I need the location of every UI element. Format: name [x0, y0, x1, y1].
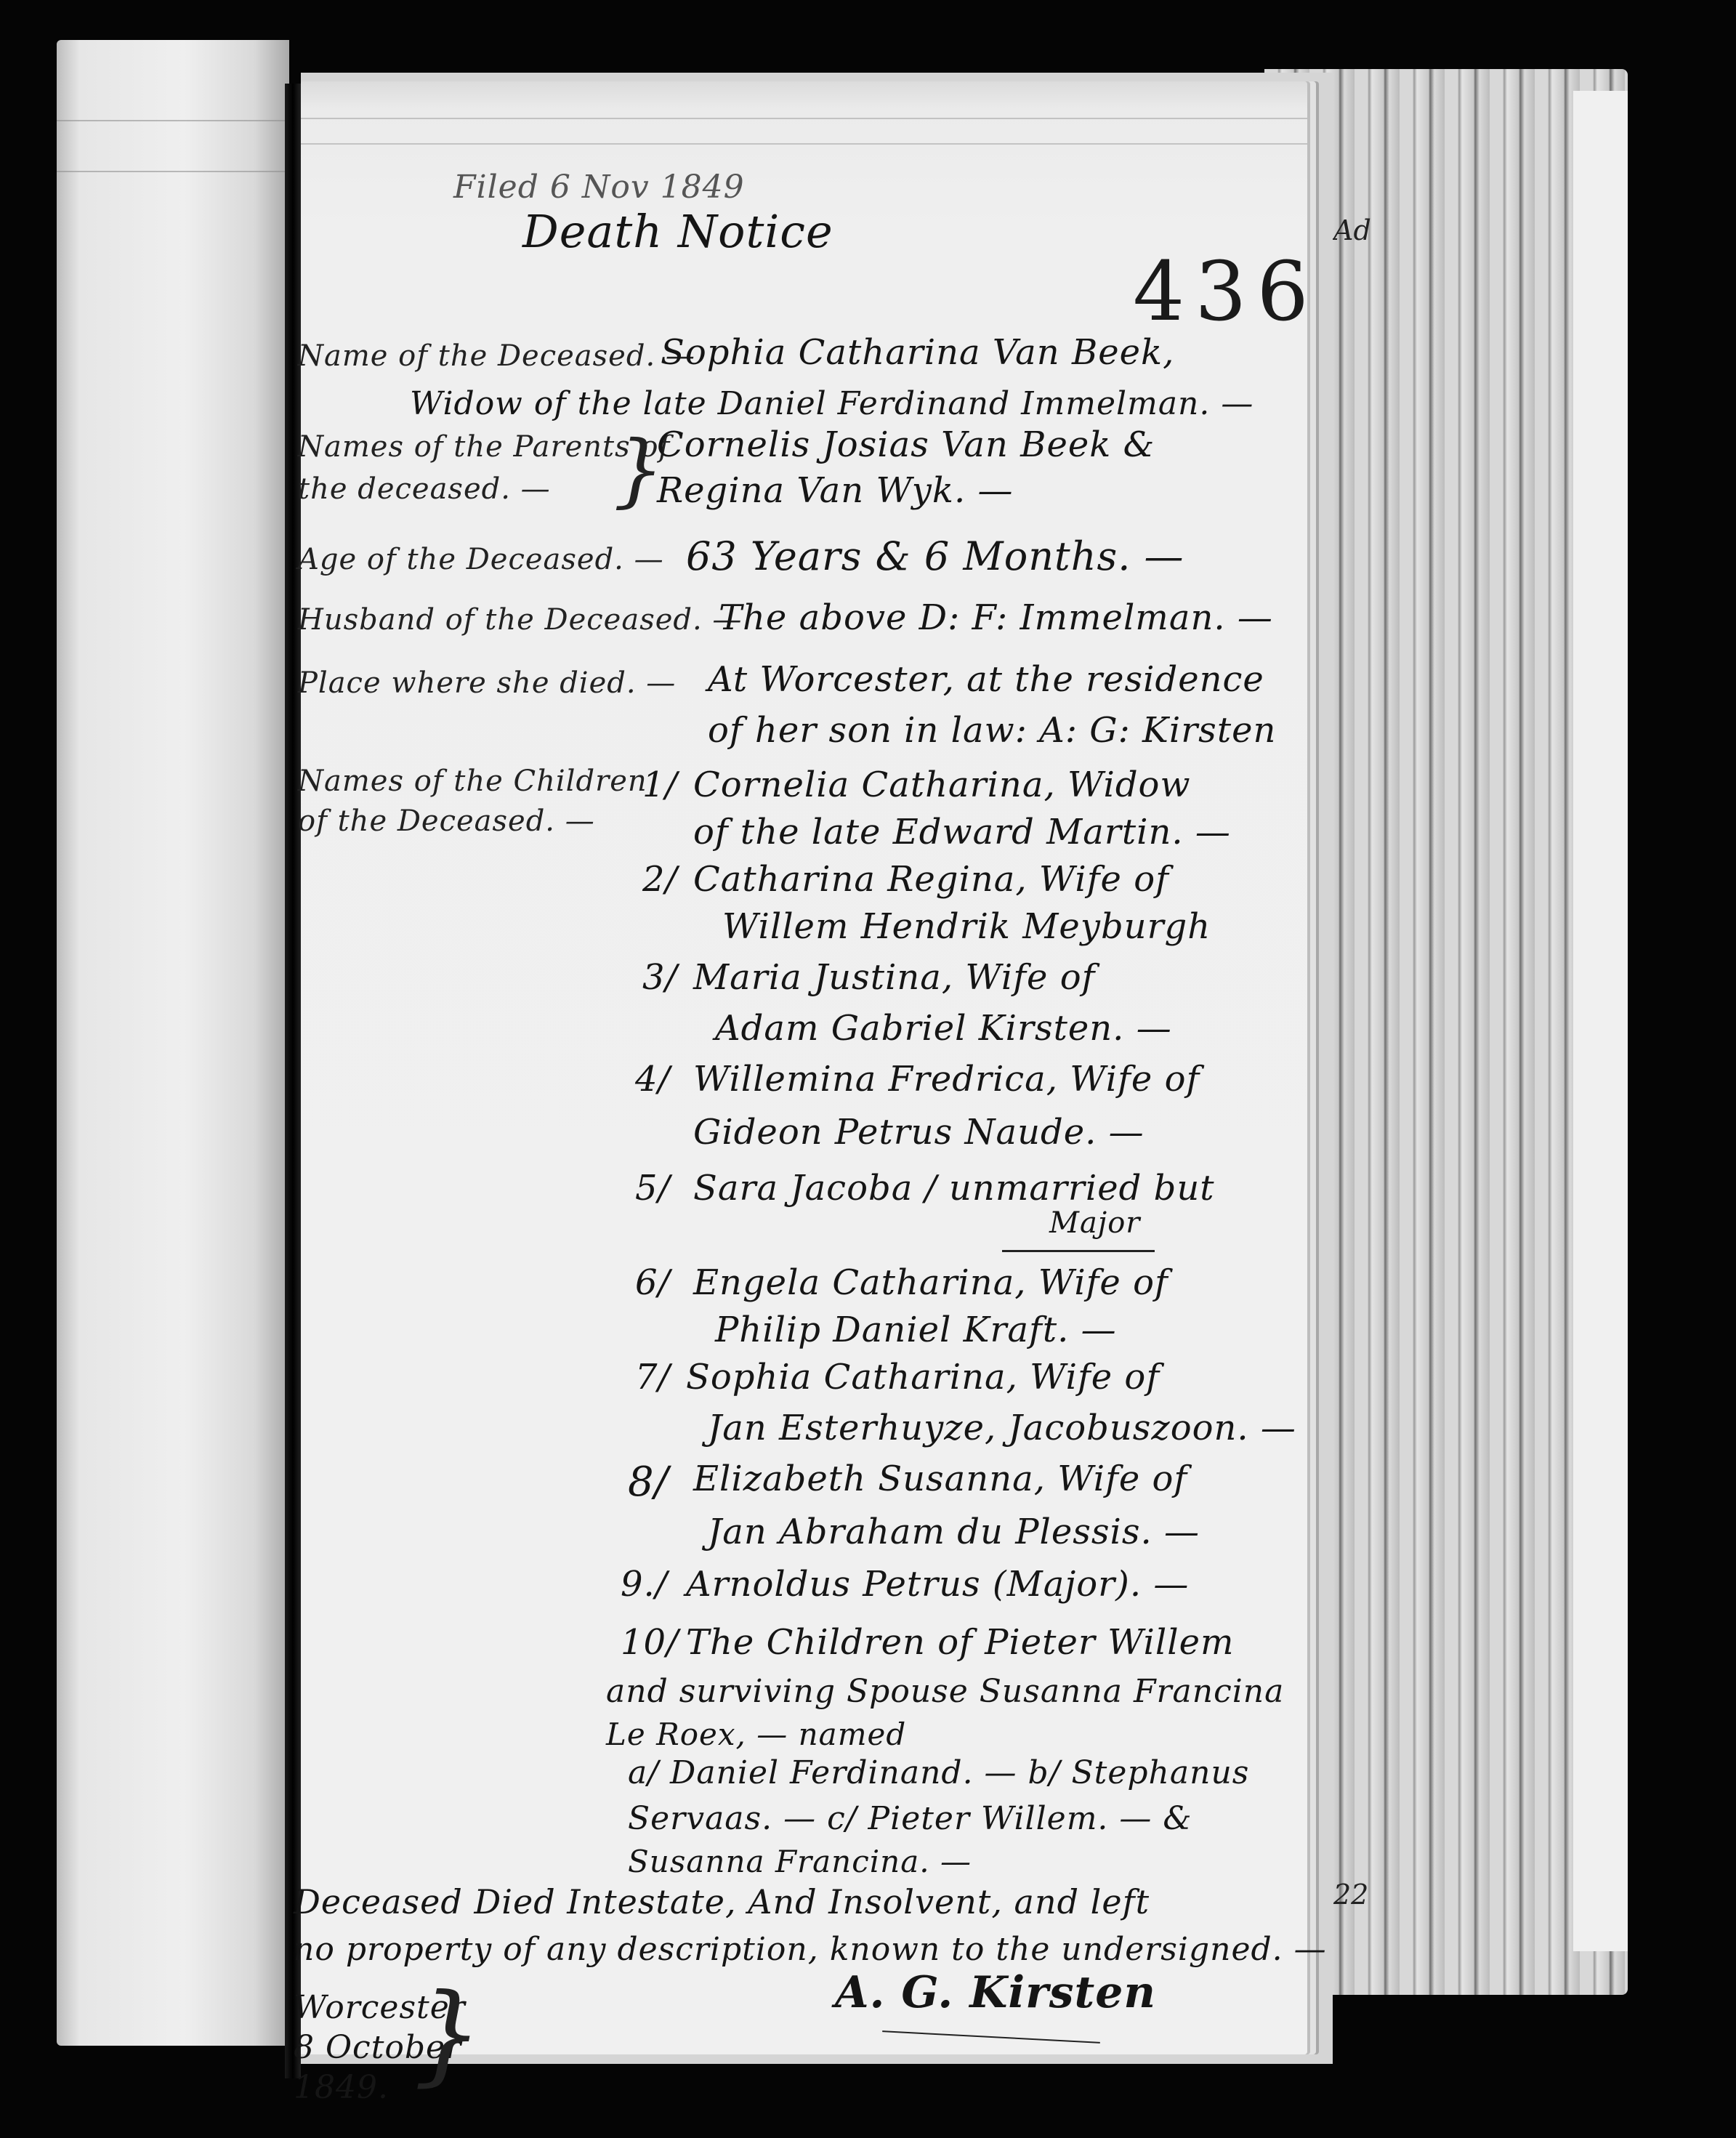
signature: A. G. Kirsten — [835, 1967, 1156, 2018]
child-entry: Engela Catharina, Wife of — [693, 1262, 1168, 1303]
parents-value: Cornelis Josias Van Beek & — [657, 424, 1155, 465]
child-entry-cont: a/ Daniel Ferdinand. — b/ Stephanus — [628, 1754, 1249, 1791]
children-label: Names of the Children — [298, 765, 647, 798]
child-entry-cont: Willem Hendrik Meyburgh — [722, 906, 1211, 947]
child-number: 9./ — [621, 1564, 668, 1605]
parents-label-cont: the deceased. — — [298, 472, 551, 506]
child-number: 2/ — [642, 859, 678, 900]
child-entry: Elizabeth Susanna, Wife of — [693, 1459, 1187, 1499]
child-entry-cont: Major — [1049, 1206, 1140, 1240]
place-label: Place where she died. — — [298, 666, 676, 700]
parents-value-cont: Regina Van Wyk. — — [657, 470, 1013, 511]
declaration-line: no property of any description, known to… — [294, 1931, 1327, 1968]
brace-icon: } — [413, 1971, 483, 2097]
left-facing-page — [57, 40, 289, 2046]
child-entry-cont: Adam Gabriel Kirsten. — — [715, 1008, 1172, 1049]
child-entry: Arnoldus Petrus (Major). — — [686, 1564, 1189, 1605]
child-number: 1/ — [642, 765, 678, 805]
child-entry-cont: and surviving Spouse Susanna Francina — [606, 1673, 1284, 1710]
year-signed: 1849. — [294, 2069, 389, 2106]
child-number: 4/ — [635, 1059, 671, 1100]
child-number: 10/ — [621, 1622, 679, 1663]
child-entry-cont: Jan Abraham du Plessis. — — [708, 1512, 1200, 1552]
document-title: Death Notice — [522, 205, 833, 258]
place-value: At Worcester, at the residence — [708, 659, 1264, 700]
signature-flourish — [882, 2030, 1100, 2044]
child-entry-cont: Gideon Petrus Naude. — — [693, 1112, 1144, 1153]
child-entry-cont: of the late Edward Martin. — — [693, 812, 1231, 852]
child-entry: Willemina Fredrica, Wife of — [693, 1059, 1200, 1100]
child-entry-cont: Le Roex, — named — [606, 1717, 906, 1752]
child-entry: Maria Justina, Wife of — [693, 957, 1095, 998]
page-fold-line — [57, 171, 289, 172]
husband-label: Husband of the Deceased. — — [298, 603, 742, 637]
child-number: 6/ — [635, 1262, 671, 1303]
edge-annotation: Ad — [1333, 214, 1371, 246]
edge-annotation: 22 — [1333, 1879, 1368, 1911]
child-entry-cont: Servaas. — c/ Pieter Willem. — & — [628, 1800, 1192, 1837]
end-leaf — [1573, 91, 1628, 1951]
name-label: Name of the Deceased. — — [298, 339, 695, 373]
child-entry: The Children of Pieter Willem — [686, 1622, 1235, 1663]
child-number: 5/ — [635, 1168, 671, 1209]
place-value-cont: of her son in law: A: G: Kirsten — [708, 710, 1276, 751]
child-entry: Cornelia Catharina, Widow — [693, 765, 1191, 805]
name-value-cont: Widow of the late Daniel Ferdinand Immel… — [410, 385, 1253, 422]
child-entry: Catharina Regina, Wife of — [693, 859, 1169, 900]
child-entry-cont: Susanna Francina. — — [628, 1844, 972, 1879]
binding-gutter — [285, 84, 301, 2078]
child-entry: Sara Jacoba / unmarried but — [693, 1168, 1215, 1209]
page-fold-line — [301, 118, 1307, 119]
child-number: 3/ — [642, 957, 678, 998]
underline — [1002, 1250, 1155, 1252]
filing-note: Filed 6 Nov 1849 — [453, 169, 745, 206]
death-notice-page: Filed 6 Nov 1849 Death Notice 436 Name o… — [301, 81, 1307, 2054]
age-value: 63 Years & 6 Months. — — [686, 533, 1184, 579]
page-fold-line — [301, 143, 1307, 145]
husband-value: The above D: F: Immelman. — — [719, 597, 1273, 638]
declaration-line: Deceased Died Intestate, And Insolvent, … — [294, 1882, 1150, 1921]
name-value: Sophia Catharina Van Beek, — [661, 332, 1174, 373]
child-number: 8/ — [628, 1459, 669, 1506]
child-entry: Sophia Catharina, Wife of — [686, 1357, 1160, 1397]
child-number: 7/ — [635, 1357, 671, 1397]
child-entry-cont: Jan Esterhuyze, Jacobuszoon. — — [708, 1408, 1296, 1448]
children-label-cont: of the Deceased. — — [298, 804, 595, 838]
child-entry-cont: Philip Daniel Kraft. — — [715, 1310, 1117, 1350]
page-number: 436 — [1133, 245, 1319, 339]
page-fold-line — [57, 120, 289, 121]
age-label: Age of the Deceased. — — [298, 543, 664, 576]
